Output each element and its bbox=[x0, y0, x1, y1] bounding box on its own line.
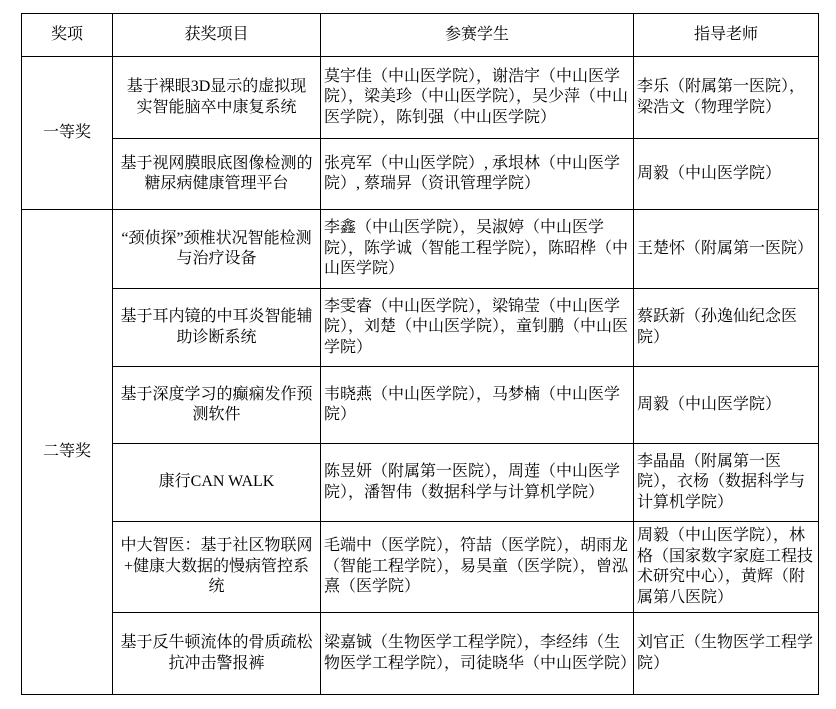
teachers-cell: 蔡跃新（孙逸仙纪念医院） bbox=[634, 289, 819, 367]
award-cell-first-prize: 一等奖 bbox=[22, 57, 113, 210]
table-row: 基于反牛顿流体的骨质疏松抗冲击警报裤 梁嘉铖（生物医学工程学院），李经纬（生物医… bbox=[22, 613, 819, 695]
award-cell-second-prize: 二等奖 bbox=[22, 210, 113, 695]
project-cell: 基于视网膜眼底图像检测的糖尿病健康管理平台 bbox=[113, 139, 321, 210]
students-cell: 韦晓燕（中山医学院），马梦楠（中山医学院） bbox=[321, 367, 634, 444]
teachers-cell: 周毅（中山医学院），林格（国家数字家庭工程技术研究中心），黄辉（附属第八医院） bbox=[634, 522, 819, 613]
students-cell: 陈昱妍（附属第一医院），周莲（中山医学院），潘智伟（数据科学与计算机学院） bbox=[321, 444, 634, 522]
project-cell: 基于裸眼3D显示的虚拟现实智能脑卒中康复系统 bbox=[113, 57, 321, 139]
table-row: 康行CAN WALK 陈昱妍（附属第一医院），周莲（中山医学院），潘智伟（数据科… bbox=[22, 444, 819, 522]
students-cell: 李鑫（中山医学院），吴淑婷（中山医学院），陈学诚（智能工程学院），陈昭桦（中山医… bbox=[321, 210, 634, 289]
teachers-cell: 李晶晶（附属第一医院），衣杨（数据科学与计算机学院） bbox=[634, 444, 819, 522]
teachers-cell: 王楚怀（附属第一医院） bbox=[634, 210, 819, 289]
teachers-cell: 刘官正（生物医学工程学院） bbox=[634, 613, 819, 695]
teachers-cell: 周毅（中山医学院） bbox=[634, 367, 819, 444]
awards-table: 奖项 获奖项目 参赛学生 指导老师 一等奖 基于裸眼3D显示的虚拟现实智能脑卒中… bbox=[21, 13, 819, 695]
table-row: 中大智医：基于社区物联网+健康大数据的慢病管控系统 毛端中（医学院），符喆（医学… bbox=[22, 522, 819, 613]
project-cell: 康行CAN WALK bbox=[113, 444, 321, 522]
header-cell-award: 奖项 bbox=[22, 14, 113, 57]
students-cell: 张亮军（中山医学院）, 承垠林（中山医学院）, 蔡瑞昇（资讯管理学院） bbox=[321, 139, 634, 210]
table-row: 基于耳内镜的中耳炎智能辅助诊断系统 李雯睿（中山医学院），梁锦莹（中山医学院），… bbox=[22, 289, 819, 367]
teachers-cell: 李乐（附属第一医院），梁浩文（物理学院） bbox=[634, 57, 819, 139]
students-cell: 梁嘉铖（生物医学工程学院），李经纬（生物医学工程学院），司徒晓华（中山医学院） bbox=[321, 613, 634, 695]
project-cell: “颈侦探”颈椎状况智能检测与治疗设备 bbox=[113, 210, 321, 289]
header-cell-project: 获奖项目 bbox=[113, 14, 321, 57]
table-row: 基于视网膜眼底图像检测的糖尿病健康管理平台 张亮军（中山医学院）, 承垠林（中山… bbox=[22, 139, 819, 210]
table-header-row: 奖项 获奖项目 参赛学生 指导老师 bbox=[22, 14, 819, 57]
table-row: 基于深度学习的癫痫发作预测软件 韦晓燕（中山医学院），马梦楠（中山医学院） 周毅… bbox=[22, 367, 819, 444]
project-cell: 基于耳内镜的中耳炎智能辅助诊断系统 bbox=[113, 289, 321, 367]
header-cell-teachers: 指导老师 bbox=[634, 14, 819, 57]
project-cell: 基于反牛顿流体的骨质疏松抗冲击警报裤 bbox=[113, 613, 321, 695]
students-cell: 李雯睿（中山医学院），梁锦莹（中山医学院），刘楚（中山医学院），童钊鹏（中山医学… bbox=[321, 289, 634, 367]
table-row: 二等奖 “颈侦探”颈椎状况智能检测与治疗设备 李鑫（中山医学院），吴淑婷（中山医… bbox=[22, 210, 819, 289]
teachers-cell: 周毅（中山医学院） bbox=[634, 139, 819, 210]
project-cell: 基于深度学习的癫痫发作预测软件 bbox=[113, 367, 321, 444]
students-cell: 莫宇佳（中山医学院），谢浩宇（中山医学院），梁美珍（中山医学院），吴少萍（中山医… bbox=[321, 57, 634, 139]
table-row: 一等奖 基于裸眼3D显示的虚拟现实智能脑卒中康复系统 莫宇佳（中山医学院），谢浩… bbox=[22, 57, 819, 139]
header-cell-students: 参赛学生 bbox=[321, 14, 634, 57]
project-cell: 中大智医：基于社区物联网+健康大数据的慢病管控系统 bbox=[113, 522, 321, 613]
students-cell: 毛端中（医学院），符喆（医学院），胡雨龙（智能工程学院），易昊童（医学院），曾泓… bbox=[321, 522, 634, 613]
